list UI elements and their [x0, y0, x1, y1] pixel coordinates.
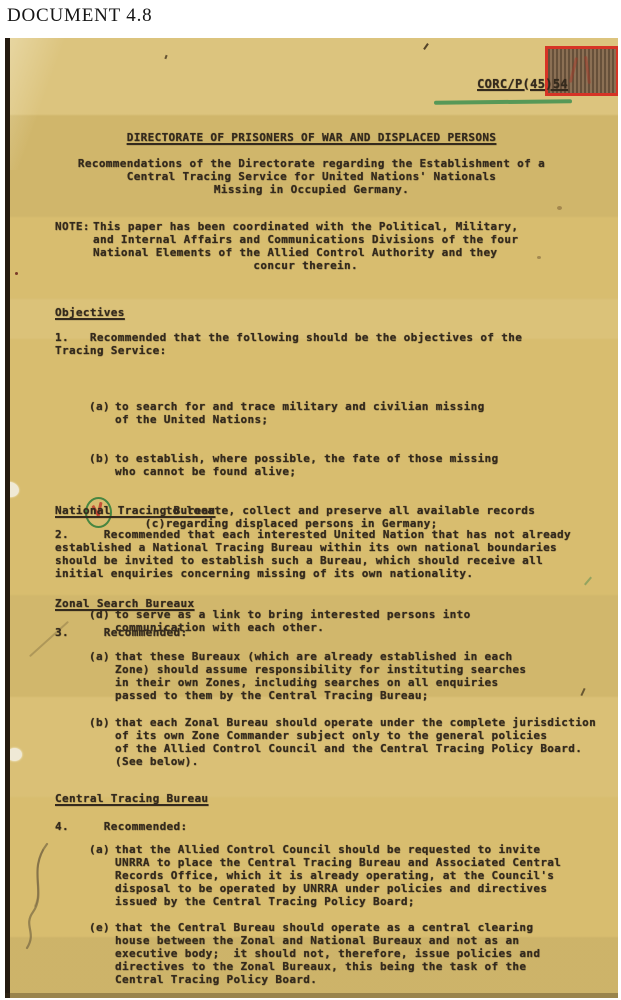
paper-speck: [15, 272, 18, 275]
paragraph-2: 2. Recommended that each interested Unit…: [55, 528, 571, 580]
list-item: (a) that these Bureaux (which are alread…: [89, 650, 610, 702]
item-label: (a): [89, 843, 115, 908]
page-corner-highlight: [5, 38, 69, 170]
paragraph-3: 3. Recommended:: [55, 626, 187, 639]
item-text: to establish, where possible, the fate o…: [115, 452, 610, 478]
note-text: This paper has been coordinated with the…: [93, 220, 518, 272]
item-label: (a): [89, 400, 115, 426]
paper-speck: [305, 678, 307, 680]
paper-speck: [537, 256, 541, 259]
section-heading-national-tracing-bureau: National Tracing Bureau: [55, 504, 215, 517]
item-text: to serve as a link to bring interested p…: [115, 608, 610, 634]
page-bottom-edge-shadow: [5, 993, 618, 998]
paragraph-4: 4. Recommended:: [55, 820, 187, 833]
note-label: NOTE:: [55, 220, 93, 272]
list-item: (a) that the Allied Control Council shou…: [89, 843, 610, 908]
list-item: (b) to establish, where possible, the fa…: [89, 452, 610, 478]
item-text: to search for and trace military and civ…: [115, 400, 610, 426]
item-text: that each Zonal Bureau should operate un…: [115, 716, 610, 768]
item-label: (a): [89, 650, 115, 702]
paper-crease: [29, 621, 69, 657]
green-pencil-underline: [434, 99, 572, 104]
document-subtitle: Recommendations of the Directorate regar…: [5, 157, 618, 196]
section-heading-zonal-search-bureaux: Zonal Search Bureaux: [55, 597, 194, 610]
document-title: DIRECTORATE OF PRISONERS OF WAR AND DISP…: [5, 131, 618, 144]
list-item: (b) that each Zonal Bureau should operat…: [89, 716, 610, 768]
paper-speck: [557, 206, 562, 210]
objectives-item-list: (a) to search for and trace military and…: [89, 374, 610, 660]
item-text: that the Allied Control Council should b…: [115, 843, 610, 908]
item-label: (e): [89, 921, 115, 986]
page-left-edge-shadow: [5, 38, 10, 998]
item-text: that the Central Bureau should operate a…: [115, 921, 610, 986]
paper-speck: [423, 43, 429, 50]
list-item: (a) to search for and trace military and…: [89, 400, 610, 426]
paragraph-1: 1. Recommended that the following should…: [55, 331, 522, 357]
paper-speck: [155, 898, 157, 901]
item-text: that these Bureaux (which are already es…: [115, 650, 610, 702]
list-item: (e) that the Central Bureau should opera…: [89, 921, 610, 986]
section-heading-objectives: Objectives: [55, 306, 125, 319]
item-label: (b): [89, 716, 115, 768]
paper-speck: [164, 55, 167, 59]
reference-number: CORC/P(45)54: [477, 78, 568, 91]
scanned-page: CORC/P(45)54 DIRECTORATE OF PRISONERS OF…: [5, 38, 618, 998]
section-heading-central-tracing-bureau: Central Tracing Bureau: [55, 792, 208, 805]
note-block: NOTE: This paper has been coordinated wi…: [55, 220, 598, 272]
document-heading: DOCUMENT 4.8: [7, 5, 152, 27]
paper-speck: [297, 228, 299, 230]
pencil-scribble: [13, 840, 61, 952]
item-label: (b): [89, 452, 115, 478]
